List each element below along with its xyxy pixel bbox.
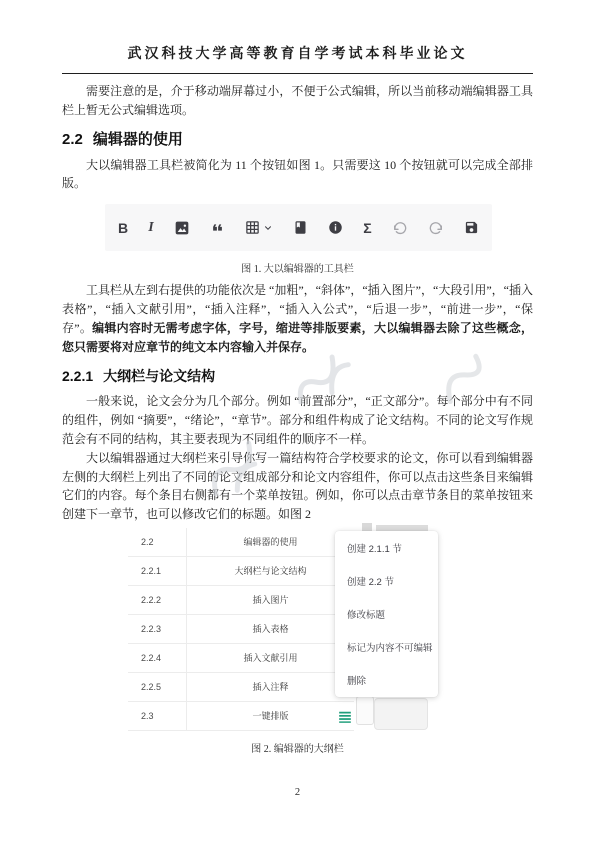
insert-note-icon[interactable] — [328, 220, 343, 235]
insert-image-icon[interactable] — [174, 220, 190, 236]
menu-item-mark-uneditable[interactable]: 标记为内容不可编辑 — [335, 631, 438, 664]
outline-row-title: 大纲栏与论文结构 — [187, 564, 354, 577]
paragraph-thesis-structure: 一般来说，论文会分为几个部分。例如 “前置部分”，“正文部分”。每个部分中有不同… — [62, 392, 533, 448]
chevron-down-icon[interactable] — [263, 223, 273, 233]
figure1-caption: 图 1. 大以编辑器的工具栏 — [62, 260, 533, 275]
format-list-icon[interactable] — [338, 710, 352, 722]
insert-formula-icon[interactable]: Σ — [363, 220, 371, 236]
outline-row-title: 插入图片 — [187, 593, 354, 606]
paragraph-mobile-note: 需要注意的是，介于移动端屏幕过小，不便于公式编辑，所以当前移动端编辑器工具栏上暂… — [62, 82, 533, 120]
document-page: 武汉科技大学高等教育自学考试本科毕业论文 需要注意的是，介于移动端屏幕过小，不便… — [0, 0, 595, 842]
outline-row[interactable]: 2.2.4插入文献引用 — [128, 644, 354, 673]
outline-row-number: 2.2 — [128, 528, 187, 556]
outline-row-title: 插入注释 — [187, 680, 354, 693]
redo-icon[interactable] — [428, 220, 444, 236]
figure2-caption: 图 2. 编辑器的大纲栏 — [62, 740, 533, 755]
outline-row-title: 编辑器的使用 — [187, 535, 354, 548]
outline-row-title: 一键排版 — [187, 709, 354, 722]
outline-table: 2.2编辑器的使用 2.2.1大纲栏与论文结构 2.2.2插入图片 2.2.3插… — [128, 528, 354, 731]
paragraph-outline-guide: 大以编辑器通过大纲栏来引导你写一篇结构符合学校要求的论文，你可以看到编辑器左侧的… — [62, 449, 533, 524]
background-ui-fragment — [356, 696, 374, 725]
section-title: 大纲栏与论文结构 — [103, 368, 215, 384]
outline-row-number: 2.2.2 — [128, 586, 187, 614]
background-ui-fragment — [374, 698, 428, 730]
blockquote-icon[interactable] — [210, 220, 225, 235]
outline-row[interactable]: 2.2.2插入图片 — [128, 586, 354, 615]
outline-row-number: 2.2.5 — [128, 673, 187, 701]
section-heading-2-2-1: 2.2.1大纲栏与论文结构 — [62, 367, 533, 386]
insert-table-group — [245, 220, 273, 235]
bold-icon[interactable]: B — [118, 220, 128, 236]
menu-item-delete[interactable]: 删除 — [335, 664, 438, 697]
insert-citation-icon[interactable] — [293, 220, 308, 235]
section-number: 2.2 — [62, 131, 83, 148]
paragraph-toolbar-intro: 大以编辑器工具栏被简化为 11 个按钮如图 1。只需要这 10 个按钮就可以完成… — [62, 156, 533, 194]
menu-item-rename[interactable]: 修改标题 — [335, 597, 438, 630]
insert-table-icon[interactable] — [245, 220, 260, 235]
outline-row[interactable]: 2.2编辑器的使用 — [128, 528, 354, 557]
outline-row-number: 2.2.3 — [128, 615, 187, 643]
outline-row-title: 插入表格 — [187, 622, 354, 635]
section-heading-2-2: 2.2编辑器的使用 — [62, 130, 533, 150]
outline-row[interactable]: 2.2.1大纲栏与论文结构 — [128, 557, 354, 586]
paragraph-toolbar-functions: 工具栏从左到右提供的功能依次是 “加粗”，“斜体”，“插入图片”，“大段引用”，… — [62, 281, 533, 356]
figure2-outline-panel: 2.2编辑器的使用 2.2.1大纲栏与论文结构 2.2.2插入图片 2.2.3插… — [128, 528, 494, 728]
italic-icon[interactable]: I — [148, 220, 153, 236]
outline-row[interactable]: 2.3一键排版 — [128, 702, 354, 731]
section-title: 编辑器的使用 — [93, 131, 183, 148]
outline-row[interactable]: 2.2.5插入注释 — [128, 673, 354, 702]
page-number: 2 — [0, 787, 595, 798]
undo-icon[interactable] — [392, 220, 408, 236]
outline-context-menu: 创建 2.1.1 节 创建 2.2 节 修改标题 标记为内容不可编辑 删除 — [335, 531, 438, 697]
outline-row-number: 2.3 — [128, 702, 187, 730]
save-icon[interactable] — [464, 220, 479, 235]
section-number: 2.2.1 — [62, 368, 93, 384]
menu-item-create-subsection[interactable]: 创建 2.1.1 节 — [335, 531, 438, 564]
outline-row-number: 2.2.1 — [128, 557, 187, 585]
menu-item-create-section[interactable]: 创建 2.2 节 — [335, 564, 438, 597]
outline-row-title: 插入文献引用 — [187, 651, 354, 664]
paragraph-bold-run: 编辑内容时无需考虑字体，字号，缩进等排版要素，大以编辑器去除了这些概念，您只需要… — [62, 321, 533, 354]
figure1-toolbar: B I Σ — [105, 204, 492, 251]
outline-row-number: 2.2.4 — [128, 644, 187, 672]
background-ui-fragment — [362, 523, 372, 531]
page-header-title: 武汉科技大学高等教育自学考试本科毕业论文 — [62, 46, 533, 74]
outline-row[interactable]: 2.2.3插入表格 — [128, 615, 354, 644]
